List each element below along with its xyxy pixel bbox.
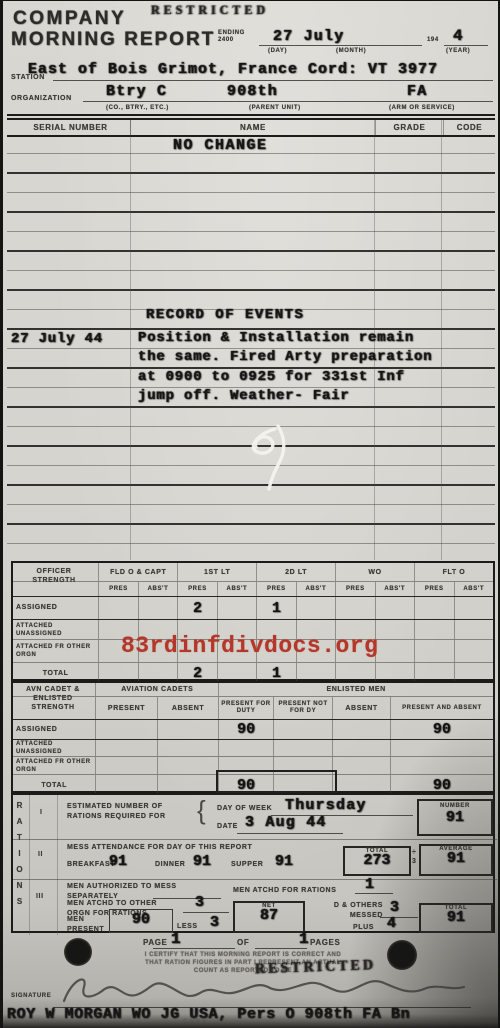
enlisted-absent-header: ABSENT — [332, 697, 390, 719]
empty-cell — [454, 640, 493, 662]
empty-cell — [335, 597, 374, 619]
abst-header: ABS'T — [375, 582, 414, 596]
year-label: (YEAR) — [446, 48, 470, 54]
empty-cell — [296, 663, 335, 683]
form-title-morning-report: MORNING REPORT — [11, 29, 215, 51]
abst-header: ABS'T — [217, 582, 256, 596]
pres-header: PRES — [256, 582, 295, 596]
officer-row-attached-fr-other: ATTACHED FR OTHER ORGN — [13, 640, 98, 662]
aviation-cadets-group: AVIATION CADETS — [95, 683, 218, 696]
men-present-label: MEN PRESENT — [67, 915, 105, 935]
enlisted-row-assigned: ASSIGNED — [13, 720, 95, 739]
of-label: OF — [237, 938, 249, 947]
abst-header: ABS'T — [454, 582, 493, 596]
empty-cell — [390, 757, 493, 774]
rations-total-box: TOTAL 91 — [419, 903, 493, 933]
signature-scribble — [58, 969, 470, 1011]
watermark-83rdinfdivdocs: 83rdinfdivdocs.org — [121, 633, 378, 659]
form-title-company: COMPANY — [13, 8, 126, 30]
scan-bottom-edge — [3, 1014, 498, 1028]
officer-strength-corner-label: OFFICER STRENGTH — [17, 567, 91, 585]
present-and-absent-header: PRESENT AND ABSENT — [390, 697, 493, 719]
roster-col-grade: GRADE — [375, 120, 443, 135]
org-co-sublabel: (CO., BTRY., ETC.) — [106, 105, 169, 111]
event-line: Position & Installation remain — [138, 329, 478, 348]
empty-cell — [414, 620, 453, 639]
mess-attendance-label: MESS ATTENDANCE FOR DAY OF THIS REPORT — [67, 844, 252, 851]
enlisted-men-group: ENLISTED MEN — [218, 683, 493, 696]
roster-col-code: CODE — [443, 120, 495, 135]
dinner-label: DINNER — [155, 861, 185, 868]
average-box: AVERAGE 91 — [419, 844, 493, 876]
ending-2400-label: ENDING 2400 — [218, 30, 245, 44]
breakfast-label: BREAKFAST — [67, 861, 115, 868]
officer-group-fldo-capt: FLD O & CAPT — [98, 563, 177, 581]
empty-cell — [95, 775, 156, 795]
men-atchd-for-rations-label: MEN ATCHD FOR RATIONS — [233, 887, 336, 894]
station-value: East of Bois Grimot, France Cord: VT 397… — [28, 61, 438, 78]
cadets-present-header: PRESENT — [95, 697, 156, 719]
page-label: PAGE — [143, 938, 167, 947]
enlisted-total-present-and-absent: 90 — [390, 775, 493, 795]
org-battery-value: Btry C — [106, 83, 167, 100]
atchd-to-other-orgn-value: 3 — [195, 894, 204, 911]
officer-row-attached-unassigned: ATTACHED UNASSIGNED — [13, 620, 98, 639]
men-present-box: 90 — [109, 909, 173, 933]
rations-date-value: 3 Aug 44 — [245, 814, 327, 831]
enlisted-row-attached-unassigned: ATTACHED UNASSIGNED — [13, 740, 95, 756]
event-text-block: Position & Installation remain the same.… — [138, 329, 478, 407]
less-label: LESS — [177, 923, 198, 930]
pres-header: PRES — [98, 582, 137, 596]
month-label: (MONTH) — [336, 48, 366, 54]
day-of-week-label: DAY OF WEEK — [217, 805, 272, 812]
event-line: the same. Fired Arty preparation — [138, 348, 478, 367]
number-value: 91 — [419, 809, 491, 826]
empty-cell — [414, 640, 453, 662]
d-and-others-messed-value: 3 — [390, 899, 399, 916]
pres-header: PRES — [335, 582, 374, 596]
officer-group-wo: WO — [335, 563, 414, 581]
men-atchd-for-rations-value: 1 — [365, 876, 374, 893]
pres-header: PRES — [177, 582, 216, 596]
empty-cell — [335, 663, 374, 683]
empty-cell — [414, 663, 453, 683]
empty-cell — [95, 757, 156, 774]
punch-hole-icon — [64, 938, 92, 966]
date-label: DATE — [217, 823, 238, 830]
empty-cell — [454, 620, 493, 639]
rations-total-value: 91 — [421, 909, 491, 926]
enlisted-row-attached-fr-other: ATTACHED FR OTHER ORGN — [13, 757, 95, 774]
present-not-for-duty-header: PRESENT NOT FOR DY — [273, 697, 333, 719]
less-value: 3 — [210, 914, 219, 931]
officer-group-1st-lt: 1ST LT — [177, 563, 256, 581]
empty-cell — [273, 720, 333, 739]
supper-label: SUPPER — [231, 861, 263, 868]
report-ending-date: 27 July — [273, 28, 344, 45]
empty-cell — [375, 663, 414, 683]
breakfast-value: 91 — [109, 853, 127, 870]
empty-cell — [414, 597, 453, 619]
row-i-numeral: I — [40, 809, 43, 816]
org-parent-sublabel: (PARENT UNIT) — [249, 105, 301, 111]
brace-glyph: { — [197, 795, 206, 826]
present-for-duty-header: PRESENT FOR DUTY — [218, 697, 273, 719]
report-year: 4 — [453, 27, 463, 45]
restricted-stamp-top: RESTRICTED — [151, 3, 269, 19]
officer-assigned-2dlt-pres: 1 — [256, 597, 295, 619]
penciled-total-box — [216, 770, 337, 793]
dinner-value: 91 — [193, 853, 211, 870]
empty-cell — [217, 663, 256, 683]
divide-by-3-label: ÷ 3 — [412, 848, 417, 866]
plus-value: 4 — [387, 915, 396, 932]
empty-cell — [375, 620, 414, 639]
roster-header-row: SERIAL NUMBER NAME GRADE CODE — [11, 120, 495, 135]
org-arm-value: FA — [407, 83, 427, 100]
event-line: at 0900 to 0925 for 331st Inf — [138, 368, 478, 387]
cadets-absent-header: ABSENT — [157, 697, 218, 719]
day-of-week-value: Thursday — [285, 797, 367, 814]
record-of-events-title: RECORD OF EVENTS — [146, 307, 304, 323]
empty-cell — [454, 597, 493, 619]
empty-cell — [138, 663, 177, 683]
d-and-others-messed-label: D & OTHERS MESSED — [323, 901, 383, 921]
total-box: TOTAL 273 — [343, 846, 411, 876]
pages-label: PAGES — [310, 938, 340, 947]
enlisted-assigned-present-and-absent: 90 — [390, 720, 493, 739]
plus-label: PLUS — [353, 924, 374, 931]
empty-cell — [95, 740, 156, 756]
pres-header: PRES — [414, 582, 453, 596]
empty-cell — [95, 720, 156, 739]
page-number: 1 — [171, 930, 181, 948]
org-arm-sublabel: (ARM OR SERVICE) — [389, 105, 455, 111]
roster-no-change-entry: NO CHANGE — [173, 137, 268, 154]
event-date: 27 July 44 — [11, 331, 103, 347]
empty-cell — [138, 597, 177, 619]
number-box: NUMBER 91 — [417, 799, 493, 836]
punch-hole-icon — [387, 940, 417, 970]
empty-cell — [157, 720, 218, 739]
empty-cell — [375, 597, 414, 619]
empty-cell — [157, 757, 218, 774]
empty-cell — [454, 663, 493, 683]
abst-header: ABS'T — [138, 582, 177, 596]
officer-row-total: TOTAL — [13, 663, 98, 683]
cert-line: I CERTIFY THAT THIS MORNING REPORT IS CO… — [121, 951, 365, 959]
year-preprint: 194 — [427, 37, 439, 43]
row-iii-numeral: III — [36, 893, 44, 900]
enlisted-assigned-present-for-duty: 90 — [218, 720, 273, 739]
empty-cell — [375, 640, 414, 662]
officer-group-flt-o: FLT O — [414, 563, 493, 581]
org-parent-value: 908th — [227, 83, 278, 100]
empty-cell — [332, 720, 390, 739]
empty-cell — [157, 740, 218, 756]
paper-sheet: RESTRICTED COMPANY MORNING REPORT ENDING… — [3, 1, 498, 1028]
empty-cell — [390, 740, 493, 756]
organization-label: ORGANIZATION — [11, 95, 72, 102]
average-value: 91 — [421, 850, 491, 867]
scratch-artifact — [241, 417, 321, 501]
officer-group-2d-lt: 2D LT — [256, 563, 335, 581]
empty-cell — [217, 597, 256, 619]
men-present-value: 90 — [132, 911, 150, 928]
supper-value: 91 — [275, 853, 293, 870]
net-box: NET 87 — [233, 901, 305, 933]
empty-cell — [98, 663, 137, 683]
empty-cell — [332, 775, 390, 795]
officer-row-assigned: ASSIGNED — [13, 597, 98, 619]
event-line: jump off. Weather- Fair — [138, 387, 478, 406]
empty-cell — [218, 740, 273, 756]
empty-cell — [157, 775, 218, 795]
officer-assigned-1stlt-pres: 2 — [177, 597, 216, 619]
signature-label: SIGNATURE — [11, 993, 51, 999]
abst-header: ABS'T — [296, 582, 335, 596]
pages-count: 1 — [299, 930, 309, 948]
net-value: 87 — [235, 907, 303, 924]
scanned-morning-report: RESTRICTED COMPANY MORNING REPORT ENDING… — [0, 0, 500, 1028]
officer-total-1stlt-pres: 2 — [177, 663, 216, 683]
station-label: STATION — [11, 74, 45, 81]
row-ii-numeral: II — [38, 851, 43, 858]
enlisted-strength-corner-label: AVN CADET & ENLISTED STRENGTH — [15, 685, 91, 712]
officer-total-2dlt-pres: 1 — [256, 663, 295, 683]
day-label: (DAY) — [268, 48, 287, 54]
rations-section: RATIONS I II III ESTIMATED NUMBER OF RAT… — [11, 793, 495, 933]
empty-cell — [296, 597, 335, 619]
roster-col-name: NAME — [130, 120, 375, 135]
empty-cell — [332, 740, 390, 756]
rations-side-label: RATIONS — [15, 801, 24, 931]
empty-cell — [273, 740, 333, 756]
empty-cell — [98, 597, 137, 619]
total-value: 273 — [345, 852, 409, 869]
roster-col-serial: SERIAL NUMBER — [11, 120, 130, 135]
empty-cell — [332, 757, 390, 774]
estimated-rations-label: ESTIMATED NUMBER OF RATIONS REQUIRED FOR — [67, 802, 185, 822]
enlisted-row-total: TOTAL — [13, 775, 95, 795]
